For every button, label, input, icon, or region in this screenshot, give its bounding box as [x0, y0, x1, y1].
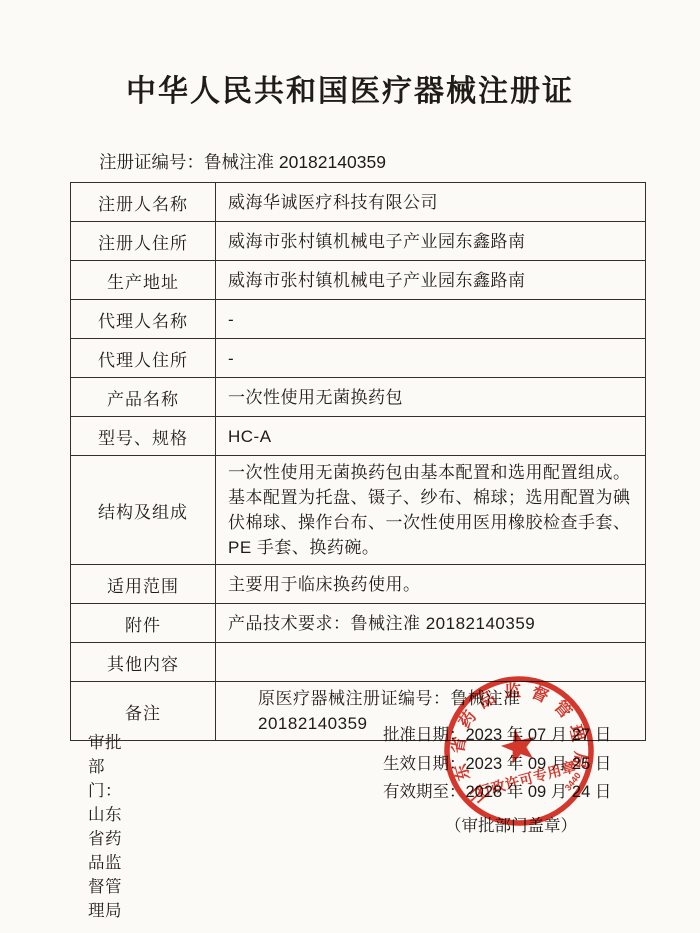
- row-label: 其他内容: [71, 643, 216, 682]
- table-row: 代理人名称 -: [71, 300, 646, 339]
- table-row: 适用范围 主要用于临床换药使用。: [71, 565, 646, 604]
- row-value: 威海市张村镇机械电子产业园东鑫路南: [216, 222, 646, 261]
- row-label: 注册人名称: [71, 183, 216, 222]
- row-value: 一次性使用无菌换药包: [216, 378, 646, 417]
- expiry-date: 有效期至：2028 年 09 月 24 日: [383, 783, 611, 812]
- cert-number-label: 注册证编号：: [99, 152, 204, 172]
- cert-number-line: 注册证编号：鲁械注准 20182140359: [99, 149, 386, 174]
- row-value: HC-A: [216, 417, 646, 456]
- row-value: -: [216, 339, 646, 378]
- approval-date: 批准日期：2023 年 07 月 27 日: [383, 726, 611, 755]
- row-value: [216, 643, 646, 682]
- row-label: 型号、规格: [71, 417, 216, 456]
- table-row: 其他内容: [71, 643, 646, 682]
- row-label: 产品名称: [71, 378, 216, 417]
- row-value: -: [216, 300, 646, 339]
- page-title: 中华人民共和国医疗器械注册证: [0, 66, 700, 110]
- row-label: 结构及组成: [71, 456, 216, 565]
- row-label: 生产地址: [71, 261, 216, 300]
- table-row: 生产地址 威海市张村镇机械电子产业园东鑫路南: [71, 261, 646, 300]
- row-value: 威海市张村镇机械电子产业园东鑫路南: [216, 261, 646, 300]
- table-row: 结构及组成 一次性使用无菌换药包由基本配置和选用配置组成。基本配置为托盘、镊子、…: [71, 456, 646, 565]
- row-label: 注册人住所: [71, 222, 216, 261]
- table-row: 注册人住所 威海市张村镇机械电子产业园东鑫路南: [71, 222, 646, 261]
- cert-number-value: 鲁械注准 20182140359: [204, 152, 386, 172]
- row-label: 代理人名称: [71, 300, 216, 339]
- seal-note: （审批部门盖章）: [383, 817, 611, 846]
- registration-table: 注册人名称 威海华诚医疗科技有限公司 注册人住所 威海市张村镇机械电子产业园东鑫…: [70, 182, 646, 741]
- row-value: 主要用于临床换药使用。: [216, 565, 646, 604]
- table-row: 注册人名称 威海华诚医疗科技有限公司: [71, 183, 646, 222]
- approval-department: 审批部门：山东省药品监督管理局: [88, 729, 122, 921]
- row-value: 威海华诚医疗科技有限公司: [216, 183, 646, 222]
- row-label: 代理人住所: [71, 339, 216, 378]
- row-value: 产品技术要求：鲁械注准 20182140359: [216, 604, 646, 643]
- row-label: 附件: [71, 604, 216, 643]
- table-row: 代理人住所 -: [71, 339, 646, 378]
- row-label: 适用范围: [71, 565, 216, 604]
- table-row: 产品名称 一次性使用无菌换药包: [71, 378, 646, 417]
- table-row: 型号、规格 HC-A: [71, 417, 646, 456]
- dates-block: 批准日期：2023 年 07 月 27 日 生效日期：2023 年 09 月 2…: [383, 726, 611, 845]
- row-value: 一次性使用无菌换药包由基本配置和选用配置组成。基本配置为托盘、镊子、纱布、棉球；…: [216, 456, 646, 565]
- certificate-page: { "page": { "title": "中华人民共和国医疗器械注册证", "…: [0, 0, 700, 933]
- table-row: 附件 产品技术要求：鲁械注准 20182140359: [71, 604, 646, 643]
- effective-date: 生效日期：2023 年 09 月 25 日: [383, 755, 611, 784]
